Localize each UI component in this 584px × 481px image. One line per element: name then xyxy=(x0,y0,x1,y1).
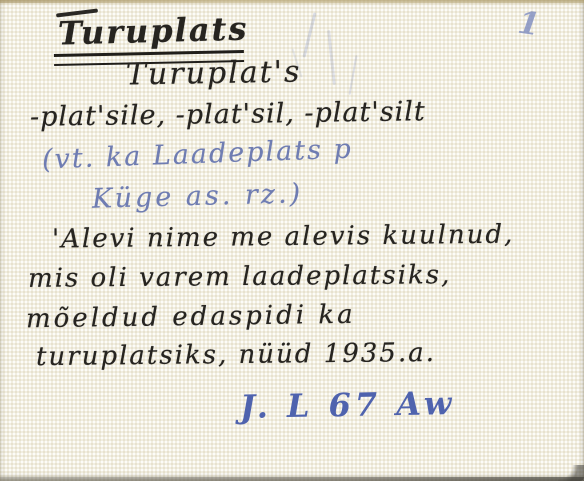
inflection-forms: -plat'sile, -plat'sil, -plat'silt xyxy=(30,96,426,133)
page-number: 1 xyxy=(516,5,542,44)
card-top-edge xyxy=(0,0,584,3)
card-bottom-edge xyxy=(0,477,584,481)
note-line-4: turuplatsiks, nüüd 1935.a. xyxy=(36,338,436,372)
headword: Turuplats xyxy=(58,10,249,53)
cross-reference-line-1: (vt. ka Laadeplats p xyxy=(42,134,354,176)
title-line: Turuplat's xyxy=(126,54,302,92)
index-card-scan: Turuplats 1 Turuplat's -plat'sile, -plat… xyxy=(0,0,584,481)
note-line-2: mis oli varem laadeplatsiks, xyxy=(28,260,452,294)
ink-smudge xyxy=(349,55,358,95)
ink-smudge xyxy=(302,12,316,57)
note-line-1: 'Alevi nime me alevis kuulnud, xyxy=(52,220,515,255)
collector-signature: J. L 67 Aw xyxy=(240,384,456,426)
ink-smudge xyxy=(327,30,336,85)
card-corner-shadow xyxy=(558,465,584,481)
cross-reference-line-2: Küge as. rz.) xyxy=(92,178,304,215)
note-line-3: mõeldud edaspidi ka xyxy=(26,300,356,335)
